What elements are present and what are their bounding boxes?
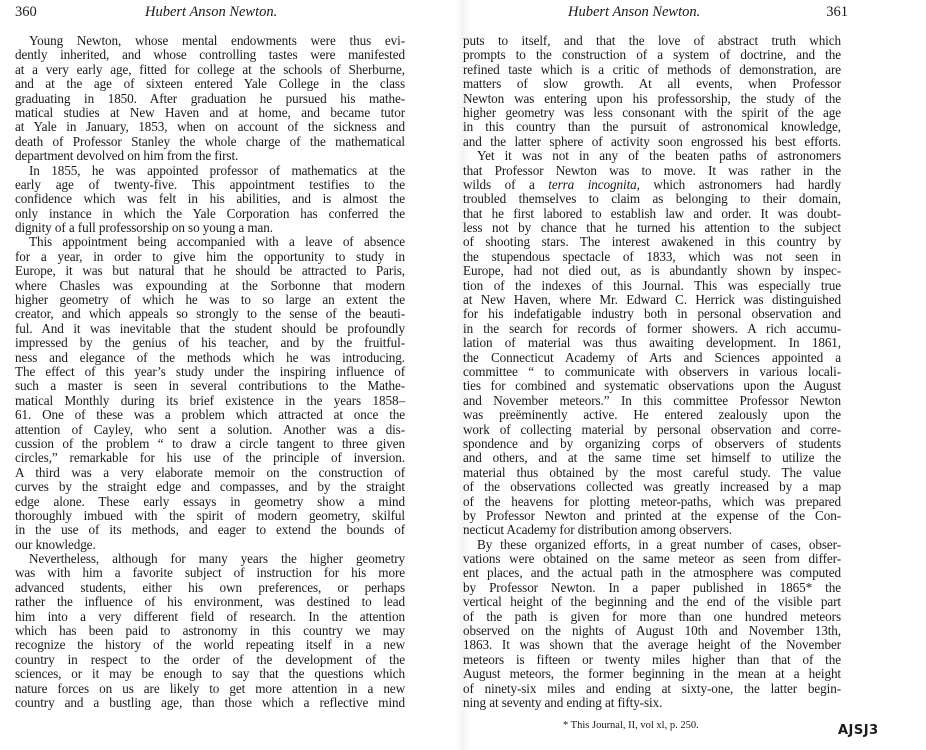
text-line: higher geometry was less consonant with … <box>463 106 841 120</box>
text-line: and the latter sphere of activity soon e… <box>463 135 841 149</box>
footnote: * This Journal, II, vol xl, p. 250. <box>563 720 699 731</box>
text-line: rather the influence of his environment,… <box>15 595 405 609</box>
text-line: prompts to the construction of a system … <box>463 48 841 62</box>
page-number: 361 <box>826 4 848 21</box>
text-line: committee “ to communicate with observer… <box>463 365 841 379</box>
text-line: ful. And it was inevitable that the stud… <box>15 322 405 336</box>
text-line: nature forces on us are likely to get mo… <box>15 682 405 696</box>
text-line: edge alone. These early essays in geomet… <box>15 495 405 509</box>
text-line: Nevertheless, although for many years th… <box>15 552 405 566</box>
text-line: dently inherited, and whose controlling … <box>15 48 405 62</box>
text-line: of the observations collected was greatl… <box>463 480 841 494</box>
text-line: Europe, it was but natural that he shoul… <box>15 264 405 278</box>
left-page-body: Young Newton, whose mental endowments we… <box>15 34 405 710</box>
text-line: country in respect to the order of the d… <box>15 653 405 667</box>
text-line: spondence and by organizing corps of obs… <box>463 437 841 451</box>
text-line: him into a very different field of resea… <box>15 610 405 624</box>
handwritten-mark: AJSJ3 <box>838 723 879 738</box>
text-line: which has been paid to astronomy in this… <box>15 624 405 638</box>
text-line: This appointment being accompanied with … <box>15 235 405 249</box>
text-line: in the search for records of former show… <box>463 322 841 336</box>
text-line: ent places, and the actual path in the a… <box>463 566 841 580</box>
text-line: By these organized efforts, in a great n… <box>463 538 841 552</box>
text-line: such a master is seen in several contrib… <box>15 379 405 393</box>
text-line: that Professor Newton was to move. It wa… <box>463 164 841 178</box>
text-line: for a year, in order to give him the opp… <box>15 250 405 264</box>
text-line: vations were obtained on the same meteor… <box>463 552 841 566</box>
text-line: tion of the indexes of this Journal. Thi… <box>463 279 841 293</box>
text-line: ning at seventy and ending at fifty-six. <box>463 696 841 710</box>
text-line: observed on the nights of August 10th an… <box>463 624 841 638</box>
text-line: for his indefatigable industry both in p… <box>463 307 841 321</box>
text-line: attention of Cayley, who sent a solution… <box>15 423 405 437</box>
text-line: higher geometry of which he was to so la… <box>15 293 405 307</box>
text-line: and November meteors.” In this committee… <box>463 394 841 408</box>
text-line: In 1855, he was appointed professor of m… <box>15 164 405 178</box>
text-line: of ninety-six miles and ending at sixty-… <box>463 682 841 696</box>
text-line: dignity of a full professorship on so yo… <box>15 221 405 235</box>
text-line: cussion of the problem “ to draw a circl… <box>15 437 405 451</box>
left-page-header: 360 Hubert Anson Newton. <box>15 4 435 22</box>
text-line: less not by chance that he turned his at… <box>463 221 841 235</box>
text-line: impressed by the genius of his teacher, … <box>15 336 405 350</box>
text-line: at Yale in January, 1853, when on accoun… <box>15 120 405 134</box>
text-line: thoroughly imbued with the spirit of mod… <box>15 509 405 523</box>
text-line: Europe, had not died out, as is abundant… <box>463 264 841 278</box>
text-line: matical Monthly during its brief existen… <box>15 394 405 408</box>
text-line: advanced students, either his own prefer… <box>15 581 405 595</box>
page-number: 360 <box>15 4 37 21</box>
text-line: creator, and which appeals so strongly t… <box>15 307 405 321</box>
text-line: puts to itself, and that the love of abs… <box>463 34 841 48</box>
text-line: graduating in 1850. After graduation he … <box>15 92 405 106</box>
text-line: department devolved on him from the firs… <box>15 149 405 163</box>
text-line: August meteors, the former beginning in … <box>463 667 841 681</box>
text-line: 61. One of these was a problem which att… <box>15 408 405 422</box>
text-line: confidence which was felt in his abiliti… <box>15 192 405 206</box>
text-line: troubled themselves to claim as belongin… <box>463 192 841 206</box>
text-line: at New Haven, where Mr. Edward C. Herric… <box>463 293 841 307</box>
text-line: and others, and at the same time set him… <box>463 451 841 465</box>
text-line: where Chasles was expounding at the Sorb… <box>15 279 405 293</box>
text-line: our knowledge. <box>15 538 405 552</box>
text-line: in the use of its methods, and eager to … <box>15 523 405 537</box>
text-line: the Connecticut Academy of Arts and Scie… <box>463 351 841 365</box>
text-line: meteors is fifteen or twenty miles highe… <box>463 653 841 667</box>
text-line: matical studies at New Haven and at home… <box>15 106 405 120</box>
text-line: Young Newton, whose mental endowments we… <box>15 34 405 48</box>
running-head: Hubert Anson Newton. <box>145 4 277 21</box>
text-line: material thus obtained by the most caref… <box>463 466 841 480</box>
text-line: in this country than the pursuit of astr… <box>463 120 841 134</box>
text-line: curves by the straight edge and compasse… <box>15 480 405 494</box>
text-line: country and a bustling age, than those w… <box>15 696 405 710</box>
text-line: wilds of a terra incognita, which astron… <box>463 178 841 192</box>
text-line: 1863. It was shown that the average heig… <box>463 638 841 652</box>
text-line: of shooting stars. The interest awakened… <box>463 235 841 249</box>
italic-phrase: terra incognita, <box>548 177 653 192</box>
text-line: circles,” remarkable for his use of the … <box>15 451 405 465</box>
text-line: refined taste which is a critic of metho… <box>463 63 841 77</box>
running-head: Hubert Anson Newton. <box>568 4 700 21</box>
text-line: Newton was entering upon his professorsh… <box>463 92 841 106</box>
text-line: lation of material was thus awaiting dev… <box>463 336 841 350</box>
text-line: Yet it was not in any of the beaten path… <box>463 149 841 163</box>
text-line: was with him a favorite subject of instr… <box>15 566 405 580</box>
text-line: ties for combined and systematic observa… <box>463 379 841 393</box>
text-line: recognize the history of the world repea… <box>15 638 405 652</box>
text-line: of the path is given for more than one h… <box>463 610 841 624</box>
text-line: early age of twenty-five. This appointme… <box>15 178 405 192</box>
text-line: ness and elegance of the methods which h… <box>15 351 405 365</box>
text-line: sciences, or it may be enough to say tha… <box>15 667 405 681</box>
right-page-header: Hubert Anson Newton. 361 <box>463 4 848 22</box>
text-line: at a very early age, fitted for college … <box>15 63 405 77</box>
text-line: vertical height of the beginning and the… <box>463 595 841 609</box>
text-line: only instance in which the Yale Corporat… <box>15 207 405 221</box>
text-line: by Professor Newton. In a paper publishe… <box>463 581 841 595</box>
text-line: was preëminently active. He entered zeal… <box>463 408 841 422</box>
text-line: the stupendous spectacle of 1833, which … <box>463 250 841 264</box>
text-line: of the heavens for plotting meteor-paths… <box>463 495 841 509</box>
text-line: necticut Academy for distribution among … <box>463 523 841 537</box>
right-page-body: puts to itself, and that the love of abs… <box>463 34 841 710</box>
text-line: by Professor Newton and printed at the e… <box>463 509 841 523</box>
text-line: and at the age of sixteen entered Yale C… <box>15 77 405 91</box>
text-line: death of Professor Stanley the whole cha… <box>15 135 405 149</box>
right-page: Hubert Anson Newton. 361 puts to itself,… <box>463 0 926 750</box>
text-line: A third was a very elaborate memoir on t… <box>15 466 405 480</box>
text-line: The effect of this year’s study under th… <box>15 365 405 379</box>
text-line: work of collecting material by personal … <box>463 423 841 437</box>
left-page: 360 Hubert Anson Newton. Young Newton, w… <box>0 0 463 750</box>
text-line: that he first labored to establish law a… <box>463 207 841 221</box>
text-line: matters of slow growth. At all events, w… <box>463 77 841 91</box>
